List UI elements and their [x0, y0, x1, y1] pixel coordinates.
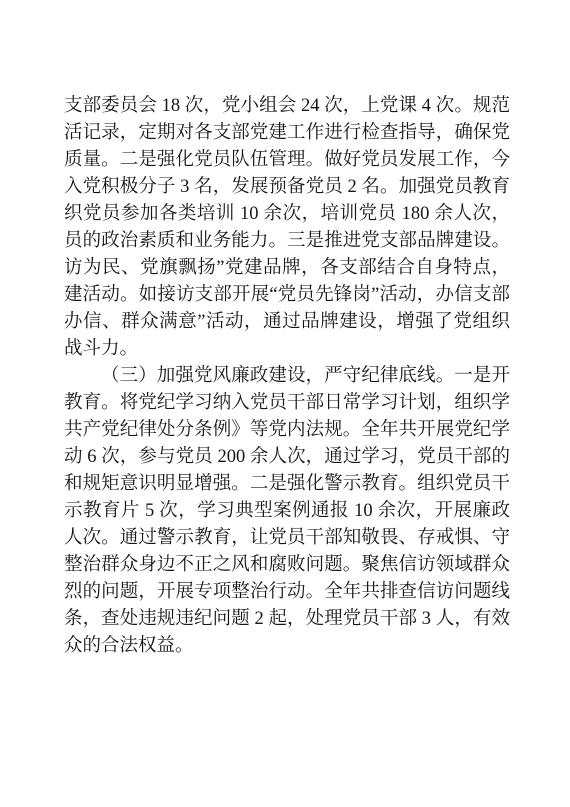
text-line: 战斗力。: [64, 336, 510, 363]
text-line: 员的政治素质和业务能力。三是推进党支部品牌建设。打造“信: [64, 228, 510, 255]
text-line: 动 6 次，参与党员 200 余人次，通过学习，党员干部的纪律意识: [64, 444, 510, 471]
text-line: 人次。通过警示教育，让党员干部知敬畏、存戒惧、守底线。三是: [64, 525, 510, 552]
text-line: 办信、群众满意”活动，通过品牌建设，增强了党组织的凝聚力和: [64, 309, 510, 336]
text-line: 和规矩意识明显增强。二是强化警示教育。组织党员干部观看警: [64, 471, 510, 498]
text-line: 烈的问题，开展专项整治行动。全年共排查信访问题线索 10 余: [64, 579, 510, 606]
text-line: 教育。将党纪学习纳入党员干部日常学习计划，组织学习《中国: [64, 390, 510, 417]
text-line: 建活动。如接访支部开展“党员先锋岗”活动，办信支部开展“优质: [64, 282, 510, 309]
text-line: 支部委员会 18 次，党小组会 24 次，上党课 4 次。规范党组织生: [64, 93, 510, 120]
text-line: 示教育片 5 次，学习典型案例通报 10 余次，开展廉政谈话 20 余: [64, 498, 510, 525]
text-line: （三）加强党风廉政建设，严守纪律底线。一是开展党纪学习: [64, 363, 510, 390]
paragraph-2: （三）加强党风廉政建设，严守纪律底线。一是开展党纪学习 教育。将党纪学习纳入党员…: [64, 363, 510, 660]
text-line: 访为民、党旗飘扬”党建品牌，各支部结合自身特点，开展特色党: [64, 255, 510, 282]
paragraph-1: 支部委员会 18 次，党小组会 24 次，上党课 4 次。规范党组织生 活记录，…: [64, 93, 510, 363]
text-line: 活记录，定期对各支部党建工作进行检查指导，确保党组织生活: [64, 120, 510, 147]
text-line: 质量。二是强化党员队伍管理。做好党员发展工作，今年共培养: [64, 147, 510, 174]
text-line: 入党积极分子 3 名，发展预备党员 2 名。加强党员教育培训，组: [64, 174, 510, 201]
text-line: 众的合法权益。: [64, 633, 510, 660]
document-page: 支部委员会 18 次，党小组会 24 次，上党课 4 次。规范党组织生 活记录，…: [0, 0, 570, 807]
text-line: 条，查处违规违纪问题 2 起，处理党员干部 3 人，有效维护了群: [64, 606, 510, 633]
text-line: 共产党纪律处分条例》等党内法规。全年共开展党纪学习专题活: [64, 417, 510, 444]
text-line: 织党员参加各类培训 10 余次，培训党员 180 余人次，提高了党: [64, 201, 510, 228]
text-line: 整治群众身边不正之风和腐败问题。聚焦信访领域群众反映强: [64, 552, 510, 579]
body-text: 支部委员会 18 次，党小组会 24 次，上党课 4 次。规范党组织生 活记录，…: [64, 93, 510, 660]
